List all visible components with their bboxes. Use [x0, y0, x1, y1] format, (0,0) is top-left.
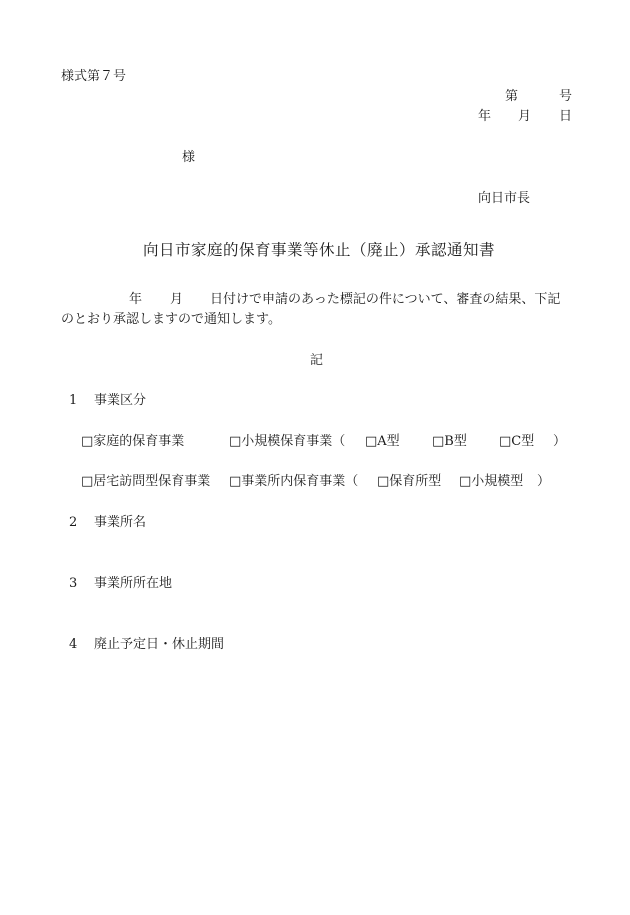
document-title: 向日市家庭的保育事業等休止（廃止）承認通知書 [143, 240, 495, 260]
row2-close-paren: ） [537, 474, 550, 490]
item-2-label: 事業所名 [94, 515, 146, 531]
checkbox-home-based-childcare[interactable]: □家庭的保育事業 [81, 434, 184, 450]
checkbox-small-scale-type[interactable]: □小規模型 [459, 474, 523, 490]
date-month: 月 [518, 109, 531, 125]
body-month: 月 [170, 292, 183, 308]
item-2-number: 2 [69, 515, 77, 531]
checkbox-onsite-childcare[interactable]: □事業所内保育事業（ [229, 474, 358, 490]
checkbox-nursery-type[interactable]: □保育所型 [377, 474, 441, 490]
item-4-number: 4 [69, 637, 77, 653]
checkbox-type-a[interactable]: □A型 [365, 434, 400, 450]
ki-heading: 記 [310, 353, 323, 369]
checkbox-home-visit-childcare[interactable]: □居宅訪問型保育事業 [81, 474, 210, 490]
item-4-label: 廃止予定日・休止期間 [94, 637, 224, 653]
item-3-number: 3 [69, 576, 77, 592]
item-1-number: 1 [69, 393, 77, 409]
doc-number-prefix: 第 [505, 89, 518, 105]
row1-close-paren: ） [553, 434, 566, 450]
body-line1: 日付けで申請のあった標記の件について、審査の結果、下記 [210, 292, 560, 308]
form-number: 様式第７号 [61, 69, 126, 85]
issuer: 向日市長 [478, 191, 530, 207]
body-line2: のとおり承認しますので通知します。 [61, 312, 281, 328]
doc-number-suffix: 号 [559, 89, 572, 105]
item-3-label: 事業所所在地 [94, 576, 172, 592]
checkbox-small-scale-childcare[interactable]: □小規模保育事業（ [229, 434, 345, 450]
body-year: 年 [129, 292, 142, 308]
checkbox-type-c[interactable]: □C型 [499, 434, 534, 450]
addressee-suffix: 様 [182, 150, 195, 166]
checkbox-type-b[interactable]: □B型 [432, 434, 467, 450]
date-day: 日 [559, 109, 572, 125]
item-1-label: 事業区分 [94, 393, 146, 409]
date-year: 年 [478, 109, 491, 125]
